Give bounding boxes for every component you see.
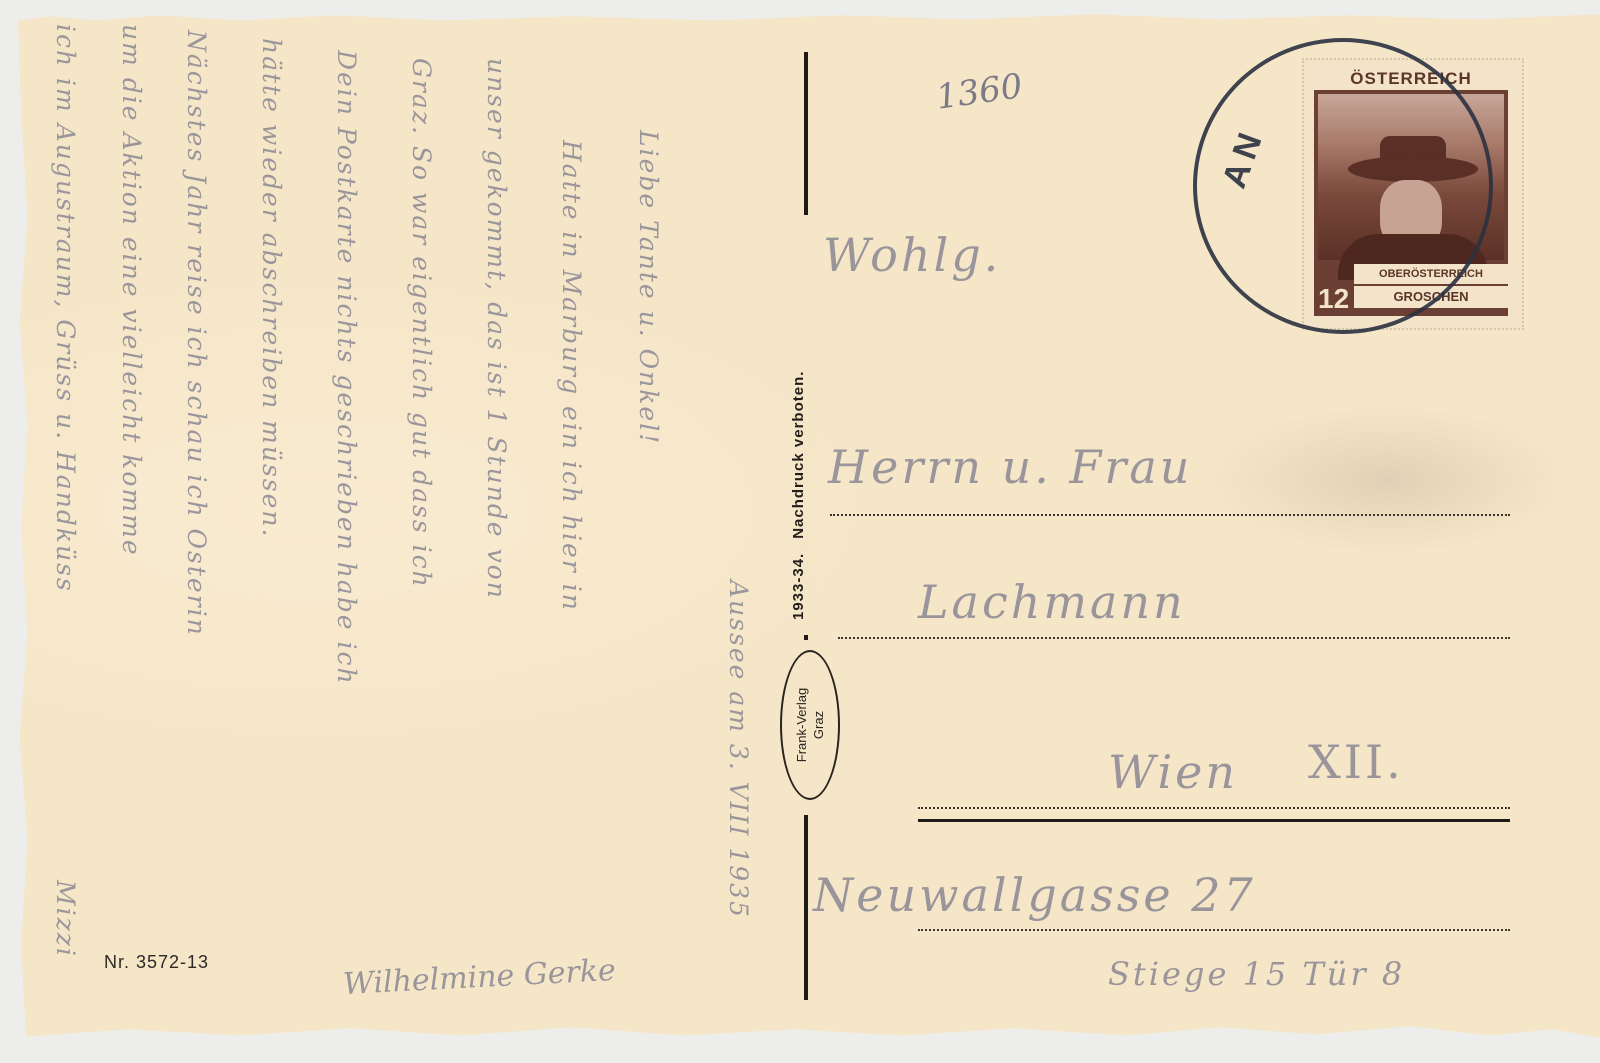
address-salutation: Wohlg.	[823, 228, 1001, 282]
message-line: Hatte in Marburg ein ich hier in	[557, 140, 586, 612]
message-sign-off: Mizzi	[51, 880, 80, 958]
postmark: AN	[1193, 38, 1493, 334]
publisher-text: Frank-Verlag Graz	[793, 688, 827, 762]
publisher-logo: Frank-Verlag Graz	[780, 650, 840, 800]
pencil-catalog-number: 1360	[934, 66, 1025, 118]
message-line: um die Aktion eine vielleicht komme	[117, 24, 146, 557]
address-line-2	[838, 637, 1510, 639]
address-street: Neuwallgasse 27	[813, 868, 1256, 922]
imprint-vertical: 1933-34.Nachdruck verboten.	[790, 371, 807, 620]
address-recipient: Herrn u. Frau	[828, 440, 1192, 494]
message-line: Nächstes Jahr reise ich schau ich Osteri…	[182, 30, 211, 637]
address-unit: Stiege 15 Tür 8	[1108, 955, 1405, 993]
address-line-3	[918, 807, 1510, 809]
publisher-name: Frank-Verlag	[793, 688, 810, 762]
message-line: unser gekommt, das ist 1 Stunde von	[482, 58, 511, 600]
address-city: Wien	[1108, 745, 1238, 799]
card-number: Nr. 3572-13	[104, 952, 209, 973]
postmark-text: AN	[1215, 123, 1273, 194]
address-city-underline	[918, 819, 1510, 822]
message-line: ich im Augustraum, Grüss u. Handküss	[51, 24, 80, 593]
address-line-4	[918, 929, 1510, 931]
message-line: Graz. So war eigentlich gut dass ich	[407, 58, 436, 589]
address-district: XII.	[1308, 735, 1404, 789]
series-year: 1933-34.	[790, 553, 807, 620]
address-surname: Lachmann	[918, 575, 1186, 629]
copyright-notice: Nachdruck verboten.	[790, 371, 807, 539]
message-line: hätte wieder abschreiben müssen.	[257, 38, 286, 538]
message-place-date: Aussee am 3. VIII 1935	[724, 580, 753, 919]
postcard: 1360 Liebe Tante u. Onkel! Hatte in Marb…	[18, 10, 1600, 1048]
message-greeting: Liebe Tante u. Onkel!	[634, 130, 663, 445]
message-line: Dein Postkarte nichts geschrieben habe i…	[332, 50, 361, 686]
message-signature: Wilhelmine Gerke	[342, 953, 616, 1002]
publisher-city: Graz	[810, 688, 827, 762]
address-line-1	[830, 514, 1510, 516]
